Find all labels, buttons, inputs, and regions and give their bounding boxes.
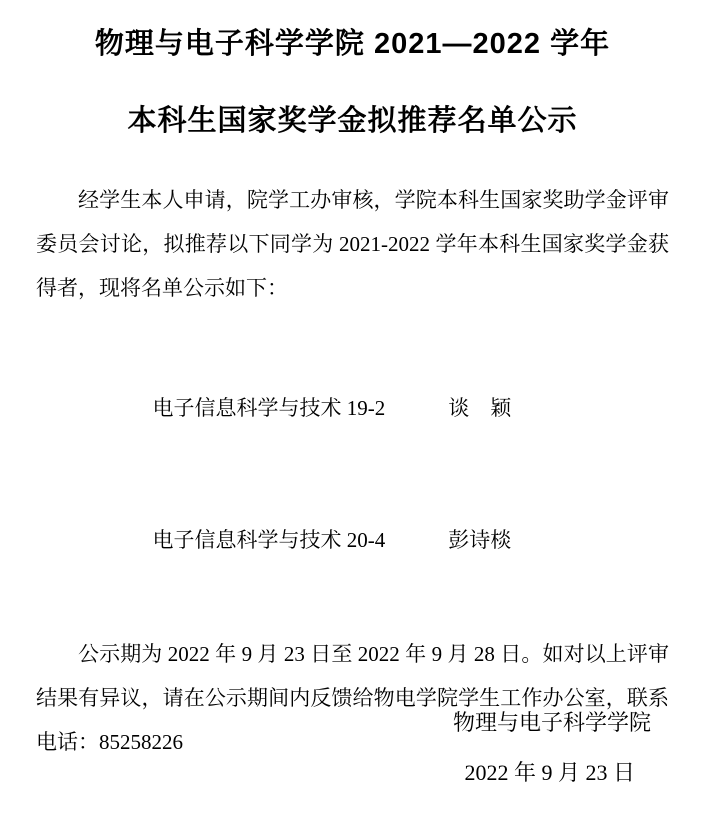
signature-block: 物理与电子科学学院 2022 年 9 月 23 日 [0,698,705,798]
page-title-line-1: 物理与电子科学学院 2021—2022 学年 [36,6,669,83]
signature-org: 物理与电子科学学院 [0,698,705,748]
recommendee-name: 彭诗棪 [448,528,511,552]
recommendee-class: 电子信息科学与技术 20-4 [153,528,386,552]
page-title: 物理与电子科学学院 2021—2022 学年 本科生国家奖学金拟推荐名单公示 [36,6,669,160]
recommendee-row: 电子信息科学与技术 20-4彭诗棪 [121,474,669,606]
recommendee-row: 电子信息科学与技术 19-2谈 颖 [121,342,669,474]
announcement-document: 物理与电子科学学院 2021—2022 学年 本科生国家奖学金拟推荐名单公示 经… [0,0,705,826]
intro-paragraph: 经学生本人申请，院学工办审核，学院本科生国家奖助学金评审委员会讨论，拟推荐以下同… [36,178,669,310]
recommendee-class: 电子信息科学与技术 19-2 [153,396,386,420]
recommendee-list: 电子信息科学与技术 19-2谈 颖 电子信息科学与技术 20-4彭诗棪 [36,342,669,606]
signature-date: 2022 年 9 月 23 日 [0,748,705,798]
page-title-line-2: 本科生国家奖学金拟推荐名单公示 [36,83,669,160]
recommendee-name: 谈 颖 [448,396,511,420]
